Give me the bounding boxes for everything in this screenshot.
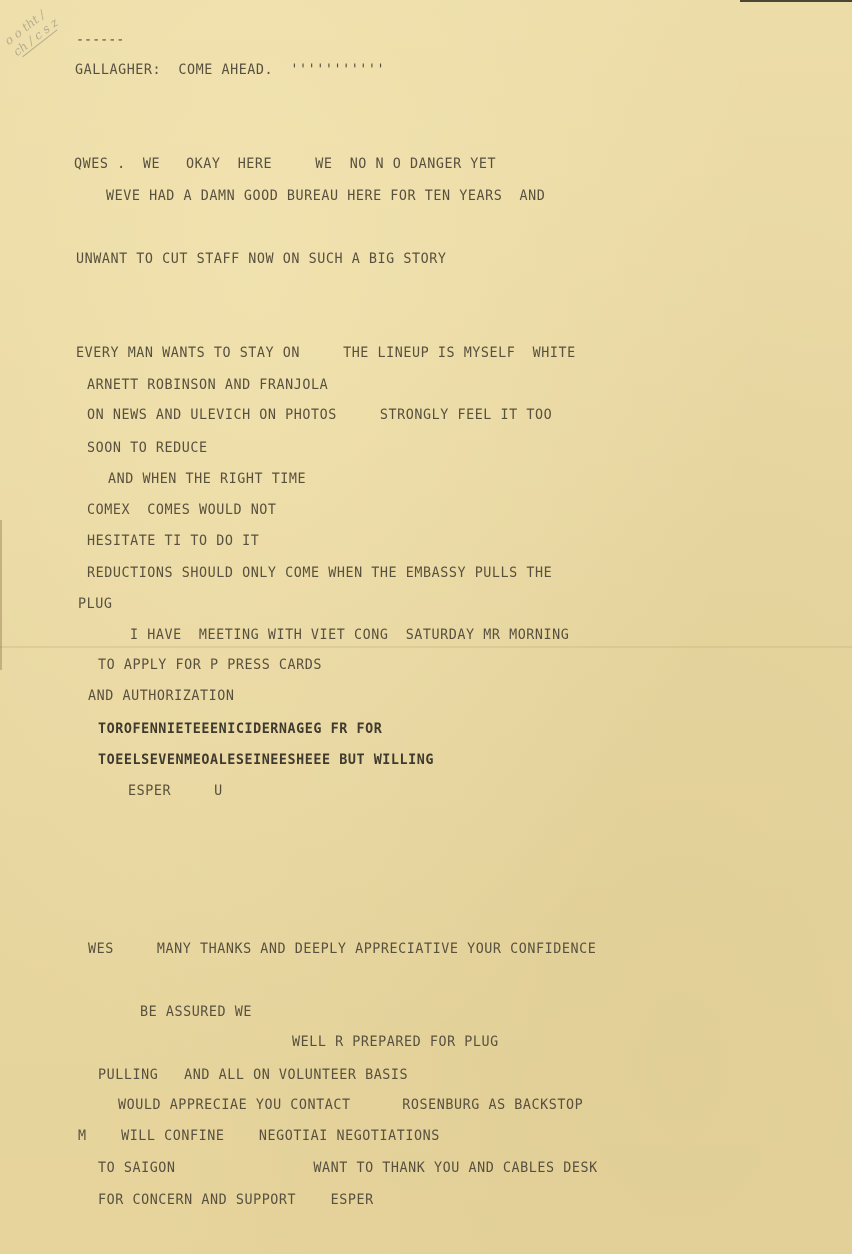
message-line: HESITATE TI TO DO IT [87,533,259,549]
message-line: BE ASSURED WE [140,1004,252,1020]
message-line: WEVE HAD A DAMN GOOD BUREAU HERE FOR TEN… [106,188,545,204]
page-edge-stain [0,520,2,670]
message-line: AND AUTHORIZATION [88,688,234,704]
message-line: ARNETT ROBINSON AND FRANJOLA [87,377,328,393]
message-line-header: GALLAGHER: COME AHEAD. ''''''''''' [75,62,385,78]
message-line: COMEX COMES WOULD NOT [87,502,277,518]
message-line: M WILL CONFINE NEGOTIAI NEGOTIATIONS [78,1128,440,1144]
message-line: WELL R PREPARED FOR PLUG [292,1034,499,1050]
message-line: EVERY MAN WANTS TO STAY ON THE LINEUP IS… [76,345,576,361]
message-line-signature: ESPER U [128,783,223,799]
message-line: REDUCTIONS SHOULD ONLY COME WHEN THE EMB… [87,565,552,581]
message-line: WES MANY THANKS AND DEEPLY APPRECIATIVE … [88,941,596,957]
message-line: UNWANT TO CUT STAFF NOW ON SUCH A BIG ST… [76,251,446,267]
message-line: TO SAIGON WANT TO THANK YOU AND CABLES D… [98,1160,598,1176]
header-dashes: ------ [76,32,124,48]
message-line: AND WHEN THE RIGHT TIME [108,471,306,487]
message-line: SOON TO REDUCE [87,440,208,456]
message-line: PLUG [78,596,112,612]
message-line: WOULD APPRECIAE YOU CONTACT ROSENBURG AS… [118,1097,583,1113]
message-line: ON NEWS AND ULEVICH ON PHOTOS STRONGLY F… [87,407,552,423]
message-line: I HAVE MEETING WITH VIET CONG SATURDAY M… [130,627,569,643]
message-line-overstruck: TOEELSEVENMEOALESEINEESHEEE BUT WILLING [98,752,434,768]
page-edge-shadow [740,0,852,2]
message-line-signature: FOR CONCERN AND SUPPORT ESPER [98,1192,374,1208]
message-line: TO APPLY FOR P PRESS CARDS [98,657,322,673]
message-line: QWES . WE OKAY HERE WE NO N O DANGER YET [74,156,496,172]
paper-fold-crease [0,646,852,648]
message-line-overstruck: TOROFENNIETEEENICIDERNAGEG FR FOR [98,721,382,737]
message-line: PULLING AND ALL ON VOLUNTEER BASIS [98,1067,408,1083]
